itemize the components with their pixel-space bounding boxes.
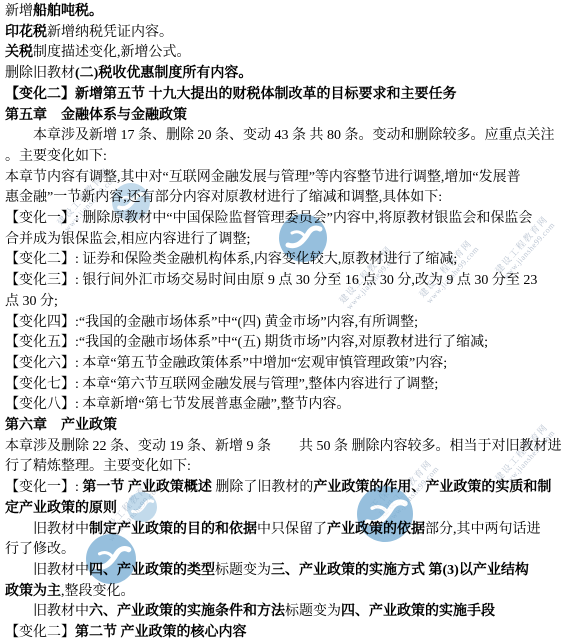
body-text: 旧教材中 <box>33 522 89 537</box>
text-line: 印花税新增纳税凭证内容。 <box>5 23 572 44</box>
text-line: 【变化一】: 第一节 产业政策概述 删除了旧教材的产业政策的作用、产业政策的实质… <box>5 478 572 499</box>
text-line: 点 30 分; <box>5 292 572 313</box>
text-line: 【变化五】:“我国的金融市场体系”中“(五) 期货市场”内容,对原教材进行了缩减… <box>5 333 572 354</box>
text-line: 合并成为银保监会,相应内容进行了调整; <box>5 230 572 251</box>
text-line: 政策为主,整段变化。 <box>5 582 572 603</box>
bold-text: 四、产业政策的类型 <box>89 563 215 578</box>
body-text: 【变化一】: <box>5 480 82 495</box>
bold-text: 第五章 金融体系与金融政策 <box>5 108 187 123</box>
bold-text: 船舶吨税。 <box>33 4 103 19</box>
text-line: 【变化六】: 本章“第五节金融政策体系”中增加“宏观审慎管理政策”内容; <box>5 354 572 375</box>
body-text: 【变化六】: 本章“第五节金融政策体系”中增加“宏观审慎管理政策”内容; <box>5 356 447 371</box>
body-text: 【变化四】:“我国的金融市场体系”中“(四) 黄金市场”内容,有所调整; <box>5 315 418 330</box>
body-text: 制度描述变化,新增公式。 <box>33 45 191 60</box>
text-line: 删除旧教材(二)税收优惠制度所有内容。 <box>5 64 572 85</box>
text-line: 关税制度描述变化,新增公式。 <box>5 43 572 64</box>
body-text: 【变化八】: 本章新增“第七节发展普惠金融”,整节内容。 <box>5 397 350 412</box>
body-text: 惠金融”一节新内容,还有部分内容对原教材进行了缩减和调整,具体如下: <box>5 190 442 205</box>
body-text: 删除旧教材 <box>5 66 75 81</box>
body-text: 【变化五】:“我国的金融市场体系”中“(五) 期货市场”内容,对原教材进行了缩减… <box>5 335 488 350</box>
text-line: 【变化一】: 删除原教材中“中国保险监督管理委员会”内容中,将原教材银监会和保监… <box>5 209 572 230</box>
body-text: 部分,其中两句话进 <box>425 522 541 537</box>
bold-text: 定产业政策的原则 <box>5 501 117 516</box>
text-line: 本章涉及删除 22 条、变动 19 条、新增 9 条 共 50 条 删除内容较多… <box>5 437 572 458</box>
text-line: 本章节内容有调整,其中对“互联网金融发展与管理”等内容整节进行调整,增加“发展普 <box>5 168 572 189</box>
body-text: 旧教材中 <box>33 563 89 578</box>
text-line: 行了修改。 <box>5 540 572 561</box>
body-text: 点 30 分; <box>5 294 58 309</box>
text-line: 【变化四】:“我国的金融市场体系”中“(四) 黄金市场”内容,有所调整; <box>5 313 572 334</box>
bold-text: 关税 <box>5 45 33 60</box>
text-line: 【变化二】新增第五节 十九大提出的财税体制改革的目标要求和主要任务 <box>5 85 572 106</box>
body-text: 旧教材中 <box>33 604 89 619</box>
bold-text: (二)税收优惠制度所有内容。 <box>75 66 252 81</box>
body-text: 本章涉及新增 17 条、删除 20 条、变动 43 条 共 80 条。变动和删除… <box>33 128 555 143</box>
text-line: 【变化三】: 银行间外汇市场交易时间由原 9 点 30 分至 16 点 30 分… <box>5 271 572 292</box>
body-text: 合并成为银保监会,相应内容进行了调整; <box>5 232 250 247</box>
text-line: 第六章 产业政策 <box>5 416 572 437</box>
bold-text: 【变化二】新增第五节 十九大提出的财税体制改革的目标要求和主要任务 <box>5 87 457 102</box>
bold-text: 第二节 产业政策的核心内容 <box>75 625 247 640</box>
bold-text: 制定产业政策的目的和依据 <box>89 522 257 537</box>
body-text: 本章节内容有调整,其中对“互联网金融发展与管理”等内容整节进行调整,增加“发展普 <box>5 170 521 185</box>
text-line: 旧教材中四、产业政策的类型标题变为三、产业政策的实施方式 第(3)以产业结构 <box>5 561 572 582</box>
text-line: 【变化七】: 本章“第六节互联网金融发展与管理”,整体内容进行了调整; <box>5 375 572 396</box>
text-line: 第五章 金融体系与金融政策 <box>5 106 572 127</box>
text-line: 新增船舶吨税。 <box>5 2 572 23</box>
text-line: 定产业政策的原则 <box>5 499 572 520</box>
body-text: 本章涉及删除 22 条、变动 19 条、新增 9 条 共 50 条 删除内容较多… <box>5 439 562 454</box>
body-text: ,整段变化。 <box>61 584 135 599</box>
text-line: 旧教材中制定产业政策的目的和依据中只保留了产业政策的依据部分,其中两句话进 <box>5 520 572 541</box>
body-text: 删除了旧教材的 <box>212 480 314 495</box>
bold-text: 三、产业政策的实施方式 第(3)以产业结构 <box>271 563 529 578</box>
bold-text: 政策为主 <box>5 584 61 599</box>
body-text: 标题变为 <box>215 563 271 578</box>
text-line: 本章涉及新增 17 条、删除 20 条、变动 43 条 共 80 条。变动和删除… <box>5 126 572 147</box>
text-line: 惠金融”一节新内容,还有部分内容对原教材进行了缩减和调整,具体如下: <box>5 188 572 209</box>
body-text: 标题变为 <box>285 604 341 619</box>
bold-text: 产业政策的依据 <box>327 522 425 537</box>
body-text: 行了精炼整理。主要变化如下: <box>5 459 191 474</box>
text-line: 【变化二】第二节 产业政策的核心内容 <box>5 623 572 644</box>
bold-text: 六、产业政策的实施条件和方法 <box>89 604 285 619</box>
body-text: 【变化七】: 本章“第六节互联网金融发展与管理”,整体内容进行了调整; <box>5 377 438 392</box>
body-text: 。主要变化如下: <box>5 149 107 164</box>
body-text: 行了修改。 <box>5 542 75 557</box>
body-text: 【变化二】: 证券和保险类金融机构体系,内容变化较大,原教材进行了缩减; <box>5 252 457 267</box>
text-line: 【变化八】: 本章新增“第七节发展普惠金融”,整节内容。 <box>5 395 572 416</box>
body-text: 【变化二】 <box>5 625 75 640</box>
bold-text: 第六章 产业政策 <box>5 418 117 433</box>
bold-text: 产业政策的作用、产业政策的实质和制 <box>313 480 551 495</box>
bold-text: 第一节 产业政策概述 <box>82 480 212 495</box>
bold-text: 四、产业政策的实施手段 <box>341 604 495 619</box>
body-text: 新增 <box>5 4 33 19</box>
body-text: 中只保留了 <box>257 522 327 537</box>
text-line: 。主要变化如下: <box>5 147 572 168</box>
document-body: 新增船舶吨税。印花税新增纳税凭证内容。关税制度描述变化,新增公式。删除旧教材(二… <box>0 0 575 644</box>
body-text: 【变化三】: 银行间外汇市场交易时间由原 9 点 30 分至 16 点 30 分… <box>5 273 537 288</box>
body-text: 新增纳税凭证内容。 <box>47 25 173 40</box>
bold-text: 印花税 <box>5 25 47 40</box>
text-line: 【变化二】: 证券和保险类金融机构体系,内容变化较大,原教材进行了缩减; <box>5 250 572 271</box>
body-text: 【变化一】: 删除原教材中“中国保险监督管理委员会”内容中,将原教材银监会和保监… <box>5 211 532 226</box>
text-line: 行了精炼整理。主要变化如下: <box>5 457 572 478</box>
text-line: 旧教材中六、产业政策的实施条件和方法标题变为四、产业政策的实施手段 <box>5 602 572 623</box>
